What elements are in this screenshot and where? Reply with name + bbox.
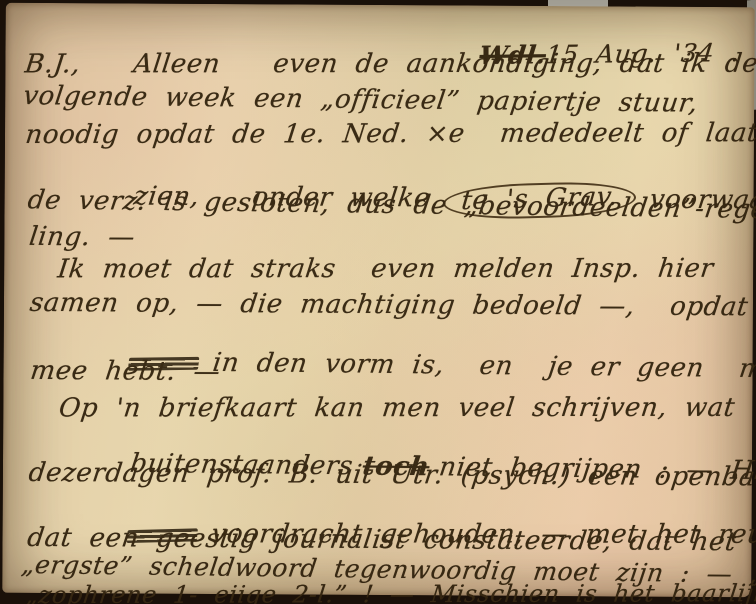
handwritten-line-2: volgende week een „officieel” papiertje … [22,83,700,117]
handwritten-line-7: Ik moet dat straks even melden Insp. hie… [56,256,715,283]
handwritten-line-17: „zophrene 1- eiige 2-l.” ! — Misschien i… [24,581,756,604]
line-text: in den vorm is, en je er geen moeite [211,348,756,385]
handwritten-line-6: ling. — [28,224,137,251]
handwritten-line-8: samen op, — die machtiging bedoeld —, op… [28,290,756,321]
handwritten-line-3: noodig opdat de 1e. Ned. ×e mededeelt of… [24,120,756,148]
postcard-paper: Wdl.15 Aug. '34 . B.J., Alleen even de a… [2,3,755,598]
handwritten-line-1: B.J., Alleen even de aankondiging, dat i… [24,51,756,78]
handwritten-line-10: mee hebt. — [29,358,222,385]
handwritten-line-11: Op 'n briefkaart kan men veel schrijven,… [57,395,736,422]
scanned-handwritten-postcard: Wdl.15 Aug. '34 . B.J., Alleen even de a… [0,0,756,604]
handwritten-line-13: dezerdagen prof. B. uit Utr. (psych.) ee… [27,460,756,491]
